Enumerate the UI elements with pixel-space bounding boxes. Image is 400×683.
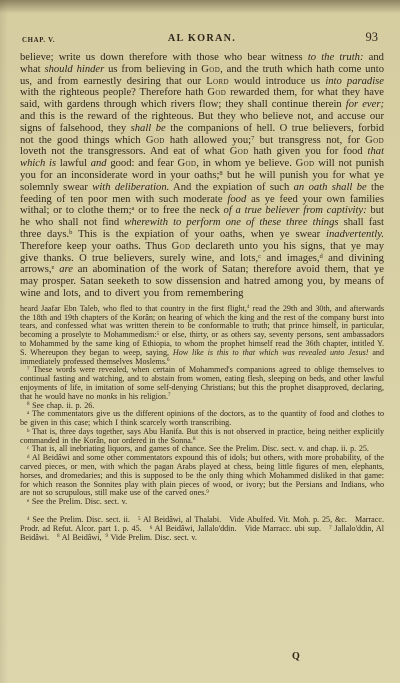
page-number: 93: [366, 30, 379, 45]
footnotes-block: heard Jaafar Ebn Taleb, who fled to that…: [20, 305, 384, 507]
running-title: AL KORAN.: [168, 33, 236, 44]
footnote-d: d Al Beidâwi and some other commentators…: [20, 454, 384, 498]
footnote-7: 7 These words were revealed, when certai…: [20, 366, 384, 401]
page-header: CHAP. V. AL KORAN. 93: [20, 0, 384, 44]
citation-references: 4 See the Prelim. Disc. sect. ii. 5 Al B…: [20, 516, 384, 542]
main-text-paragraph: believe; write us down therefore with th…: [20, 52, 384, 300]
footnote-continuation: heard Jaafar Ebn Taleb, who fled to that…: [20, 305, 384, 367]
signature-mark: Q: [292, 651, 300, 662]
scan-shadow-left: [0, 0, 8, 683]
footnote-e: e See the Prelim. Disc. sect. v.: [20, 498, 384, 507]
book-page: CHAP. V. AL KORAN. 93 believe; write us …: [0, 0, 400, 683]
chapter-label: CHAP. V.: [22, 37, 55, 44]
footnote-a: a The commentators give us the different…: [20, 410, 384, 428]
footnote-b: b That is, three days together, says Abu…: [20, 428, 384, 446]
